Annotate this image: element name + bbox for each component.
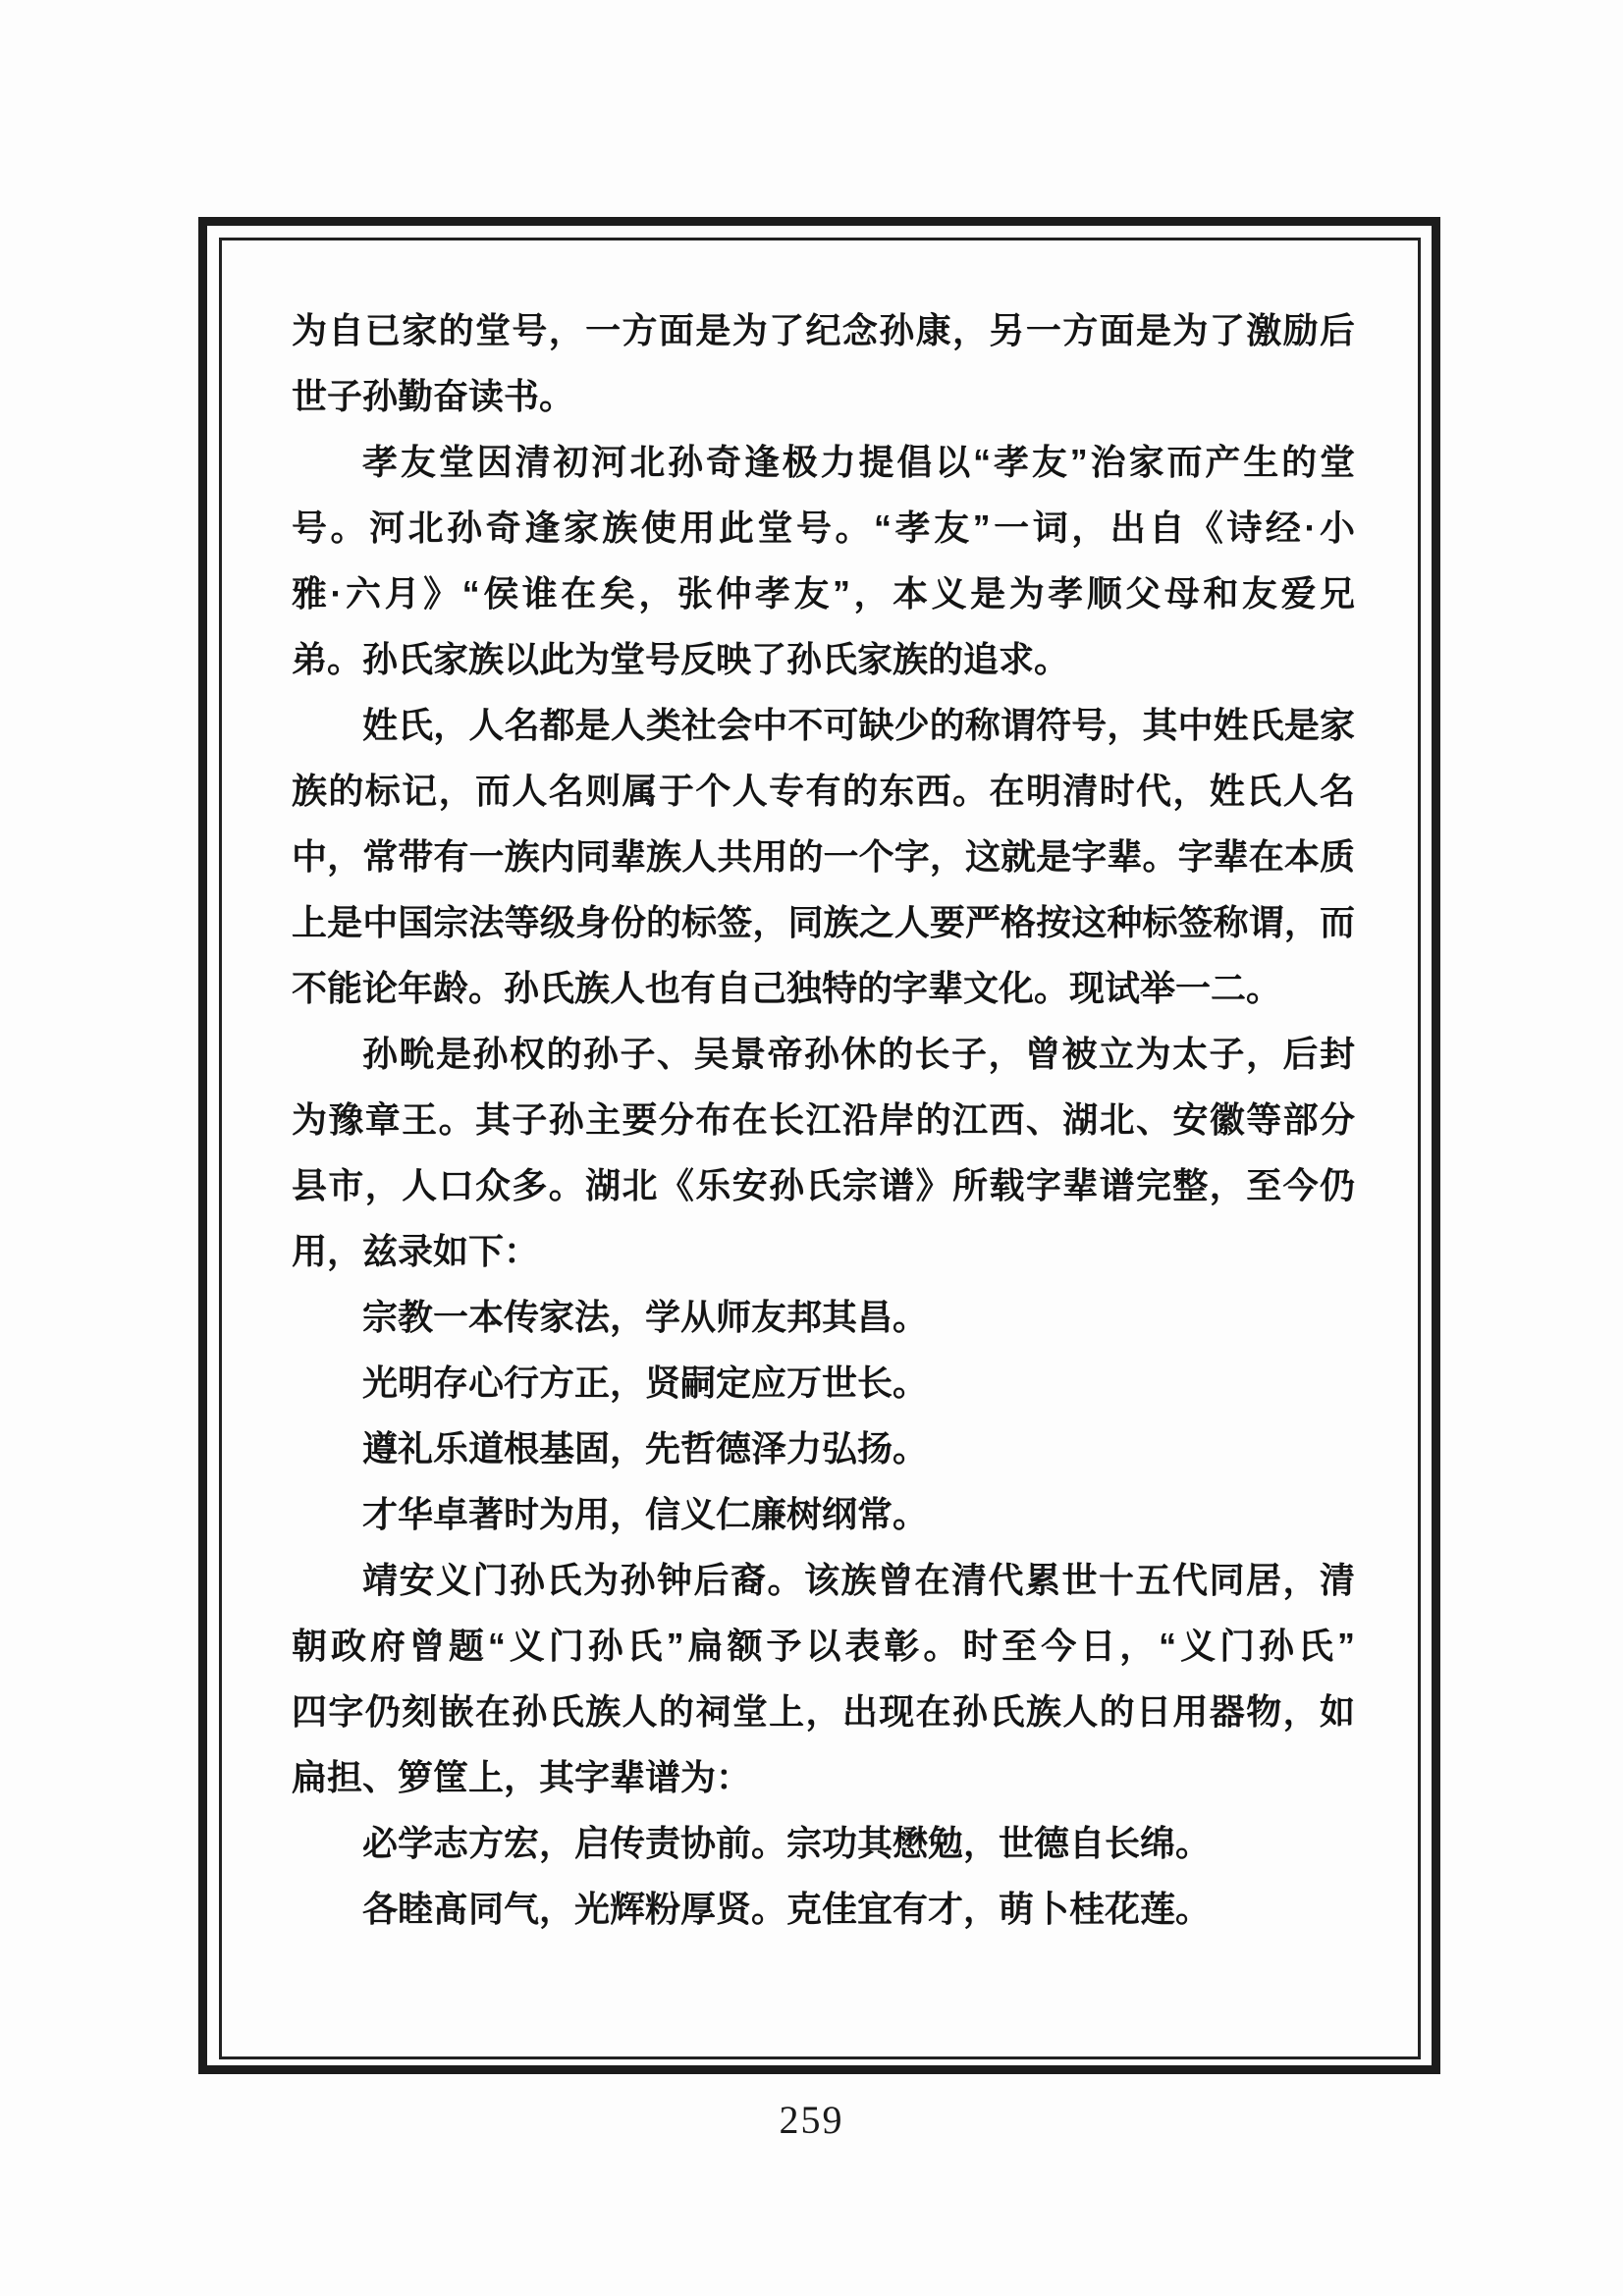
text-line: 用，兹录如下： xyxy=(292,1218,1355,1284)
text-line: 遵礼乐道根基固，先哲德泽力弘扬。 xyxy=(292,1415,1355,1481)
text-line: 光明存心行方正，贤嗣定应万世长。 xyxy=(292,1350,1355,1415)
text-line: 雅·六月》“侯谁在矣，张仲孝友”，本义是为孝顺父母和友爱兄 xyxy=(292,561,1355,626)
text-line: 宗教一本传家法，学从师友邦其昌。 xyxy=(292,1284,1355,1350)
text-line: 族的标记，而人名则属于个人专有的东西。在明清时代，姓氏人名 xyxy=(292,758,1355,824)
text-line: 才华卓著时为用，信义仁廉树纲常。 xyxy=(292,1481,1355,1547)
text-line: 孝友堂因清初河北孙奇逢极力提倡以“孝友”治家而产生的堂 xyxy=(292,429,1355,495)
text-line: 为自已家的堂号，一方面是为了纪念孙康，另一方面是为了激励后 xyxy=(292,297,1355,363)
text-line: 号。河北孙奇逢家族使用此堂号。“孝友”一词，出自《诗经·小 xyxy=(292,495,1355,561)
text-line: 县市，人口众多。湖北《乐安孙氏宗谱》所载字辈谱完整，至今仍 xyxy=(292,1152,1355,1218)
text-line: 世子孙勤奋读书。 xyxy=(292,363,1355,429)
text-line: 姓氏，人名都是人类社会中不可缺少的称谓符号，其中姓氏是家 xyxy=(292,692,1355,758)
text-line: 中，常带有一族内同辈族人共用的一个字，这就是字辈。字辈在本质 xyxy=(292,824,1355,889)
text-line: 朝政府曾题“义门孙氏”扁额予以表彰。时至今日，“义门孙氏” xyxy=(292,1613,1355,1679)
text-line: 各睦髙同气，光辉粉厚贤。克佳宜有才，萌卜桂花莲。 xyxy=(292,1876,1355,1942)
page-number: 259 xyxy=(0,2097,1623,2143)
text-line: 上是中国宗法等级身份的标签，同族之人要严格按这种标签称谓，而 xyxy=(292,889,1355,955)
text-line: 孙㽙是孙权的孙子、吴景帝孙休的长子，曾被立为太子，后封 xyxy=(292,1021,1355,1087)
text-line: 弟。孙氏家族以此为堂号反映了孙氏家族的追求。 xyxy=(292,626,1355,692)
text-line: 为豫章王。其子孙主要分布在长江沿岸的江西、湖北、安徽等部分 xyxy=(292,1087,1355,1152)
text-line: 靖安义门孙氏为孙钟后裔。该族曾在清代累世十五代同居，清 xyxy=(292,1547,1355,1613)
text-line: 四字仍刻嵌在孙氏族人的祠堂上，出现在孙氏族人的日用器物，如 xyxy=(292,1679,1355,1744)
text-line: 扁担、箩筐上，其字辈谱为： xyxy=(292,1744,1355,1810)
text-line: 必学志方宏，启传责协前。宗功其懋勉，世德自长绵。 xyxy=(292,1810,1355,1876)
text-line: 不能论年龄。孙氏族人也有自己独特的字辈文化。现试举一二。 xyxy=(292,955,1355,1021)
body-text: 为自已家的堂号，一方面是为了纪念孙康，另一方面是为了激励后世子孙勤奋读书。孝友堂… xyxy=(292,297,1355,1942)
